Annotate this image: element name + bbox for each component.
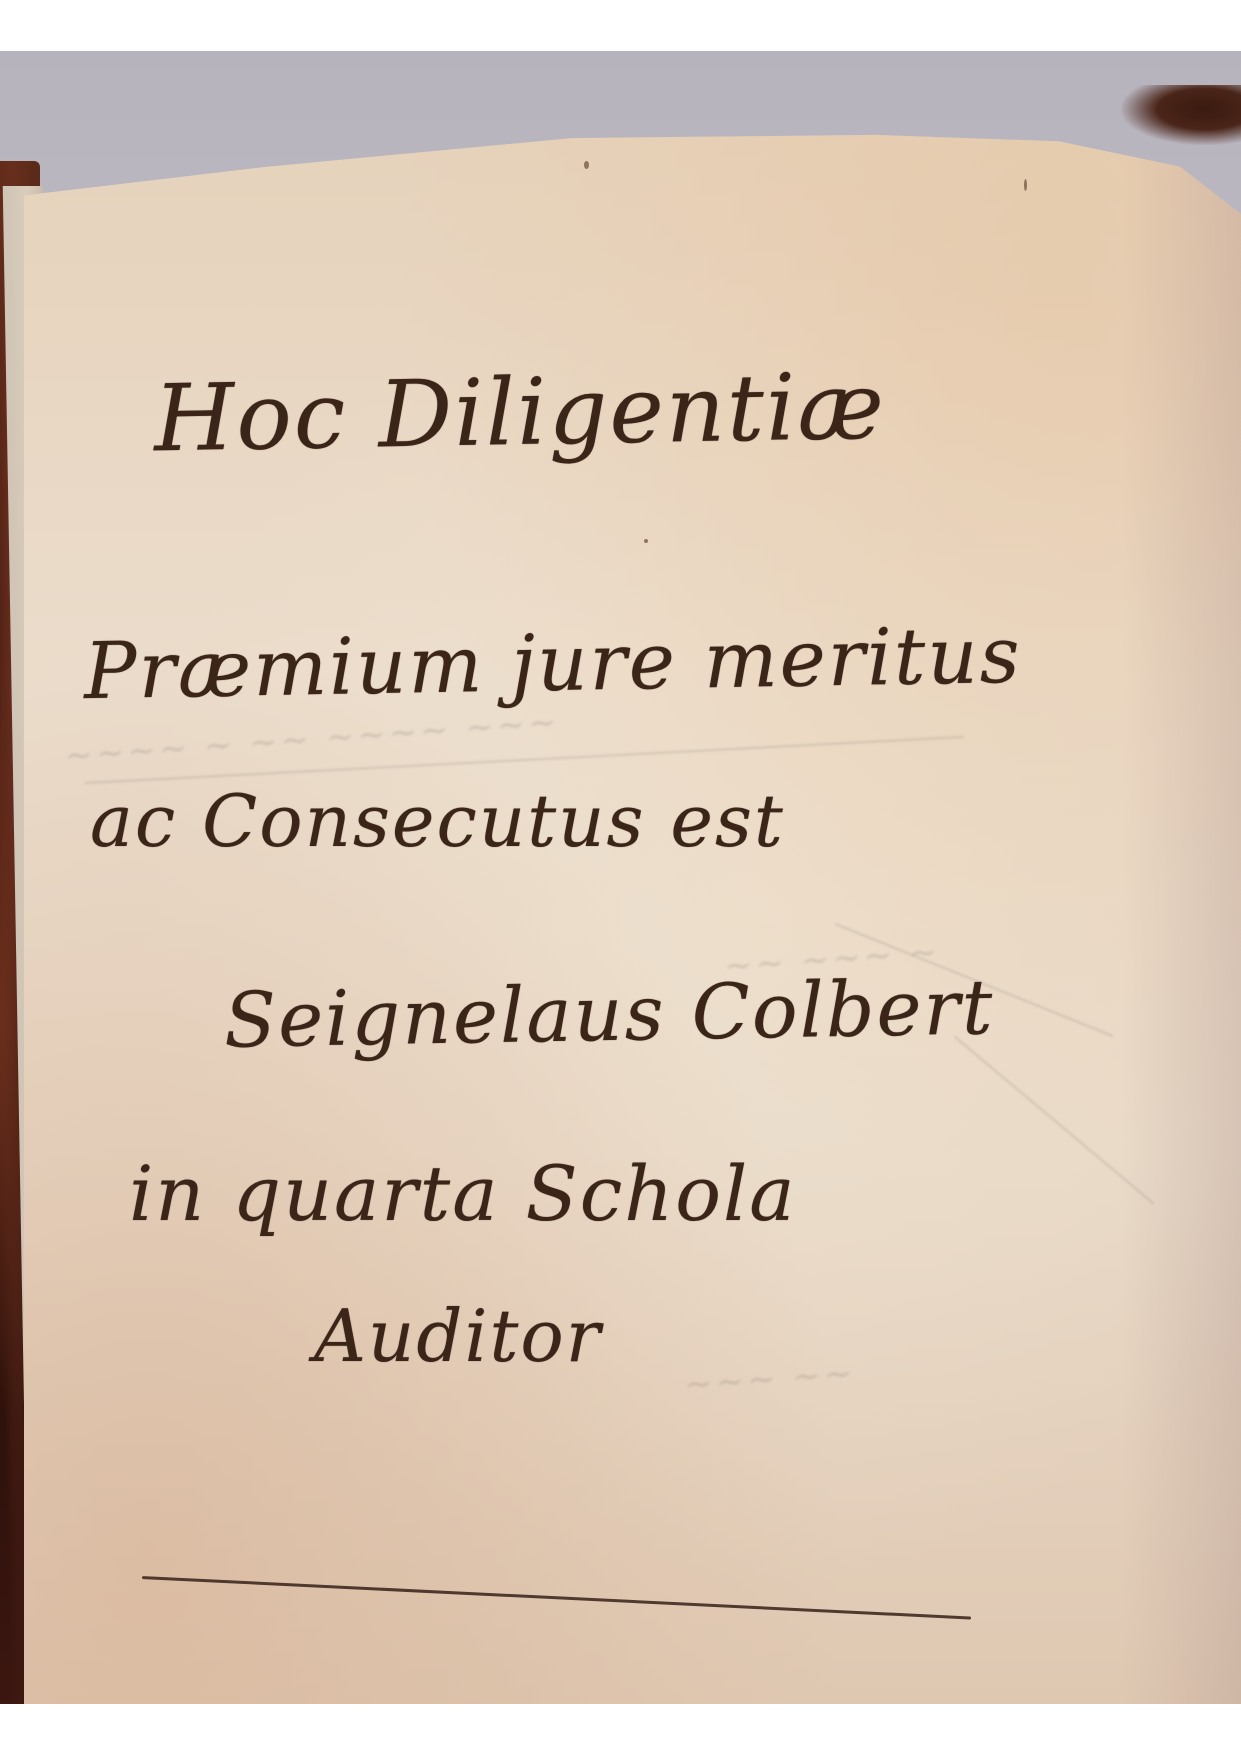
- inscription-line: Præmium jure meritus: [83, 611, 1022, 717]
- inscription-line: Hoc Diligentiæ: [153, 353, 887, 473]
- inscription-line: ac Consecutus est: [90, 779, 785, 863]
- inscription-line: in quarta Schola: [129, 1149, 797, 1238]
- leather-binding-corner: [1121, 85, 1241, 145]
- paper-page: ~~~~ ~ ~~ ~~~~ ~~~ ~~ ~~~ ~ ~~~ ~~ Hoc D…: [24, 119, 1241, 1704]
- inscription: Hoc Diligentiæ Præmium jure meritus ac C…: [24, 119, 1241, 1704]
- inscription-line: Auditor: [314, 1294, 602, 1378]
- inscription-line: Seignelaus Colbert: [223, 962, 995, 1064]
- manuscript-photo: ~~~~ ~ ~~ ~~~~ ~~~ ~~ ~~~ ~ ~~~ ~~ Hoc D…: [0, 51, 1241, 1704]
